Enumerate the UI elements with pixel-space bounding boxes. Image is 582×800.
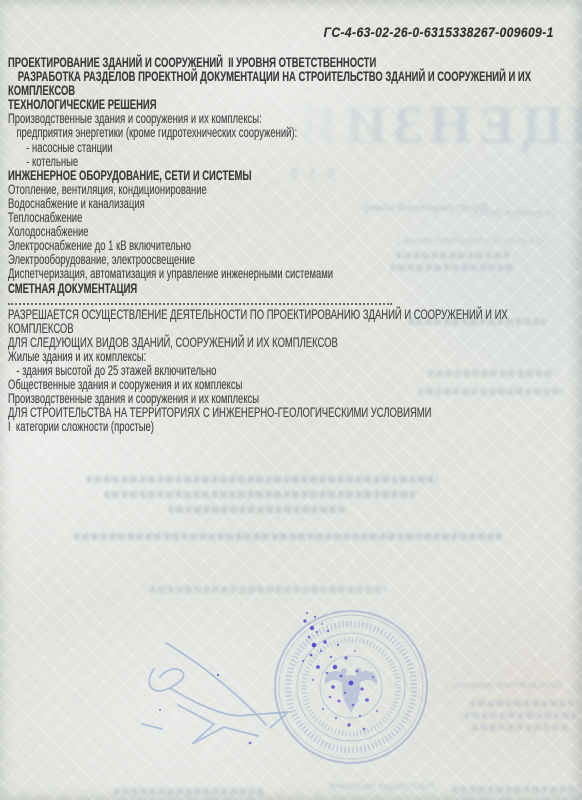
bleedthrough-smudge: [114, 788, 264, 795]
document-line: - котельные: [8, 155, 400, 169]
document-line: Жилые здания и их комплексы:: [8, 350, 400, 364]
signature: [130, 615, 320, 765]
document-line: предприятия энергетики (кроме гидротехни…: [8, 126, 400, 140]
license-number: ГС-4-63-02-26-0-6315338267-009609-1: [324, 25, 554, 40]
document-line: Производственные здания и сооружения и и…: [8, 392, 400, 406]
document-line: - насосные станции: [8, 141, 400, 155]
document-lines: ПРОЕКТИРОВАНИЕ ЗДАНИЙ И СООРУЖЕНИЙ II УР…: [8, 56, 568, 434]
bleedthrough-smudge: [86, 476, 438, 483]
document-line: Теплоснабжение: [8, 211, 400, 225]
bleedthrough-smudge: [150, 586, 386, 593]
document-line: КОМПЛЕКСОВ: [8, 322, 400, 336]
bleedthrough-smudge: [464, 712, 576, 719]
document-line: ДЛЯ СТРОИТЕЛЬСТВА НА ТЕРРИТОРИЯХ С ИНЖЕН…: [8, 406, 400, 420]
document-line: РАЗРАБОТКА РАЗДЕЛОВ ПРОЕКТНОЙ ДОКУМЕНТАЦ…: [8, 70, 400, 84]
document-line: Холодоснабжение: [8, 225, 400, 239]
document-line: ПРОЕКТИРОВАНИЕ ЗДАНИЙ И СООРУЖЕНИЙ II УР…: [8, 56, 400, 70]
document-line: ДЛЯ СЛЕДУЮЩИХ ВИДОВ ЗДАНИЙ, СООРУЖЕНИЙ И…: [8, 336, 400, 350]
document-line: - здания высотой до 25 этажей включитель…: [8, 364, 400, 378]
bleedthrough-smudge: [74, 533, 502, 540]
document-line: Диспетчеризация, автоматизация и управле…: [8, 267, 400, 281]
document-line: Отопление, вентиляция, кондиционирование: [8, 183, 400, 197]
document-line: КОМПЛЕКСОВ: [8, 84, 400, 98]
document-line: I категории сложности (простые): [8, 420, 400, 434]
bleedthrough-validity-label: Срок действия лицензии: [452, 680, 561, 691]
document-line: ИНЖЕНЕРНОЕ ОБОРУДОВАНИЕ, СЕТИ И СИСТЕМЫ: [8, 169, 400, 183]
scanned-license-page: ЛИЦЕНЗИЯ 818 Регистрационный номер 06 де…: [0, 0, 582, 800]
separator-line: [8, 296, 392, 305]
bleedthrough-smudge: [470, 700, 574, 707]
document-line: Общественные здания и сооружения и их ко…: [8, 378, 400, 392]
document-line: РАЗРЕШАЕТСЯ ОСУЩЕСТВЛЕНИЕ ДЕЯТЕЛЬНОСТИ П…: [8, 308, 400, 322]
bleedthrough-smudge: [104, 491, 416, 498]
bleedthrough-smudge: [472, 724, 570, 731]
document-line: Водоснабжение и канализация: [8, 197, 400, 211]
stamp-emblem: [325, 668, 377, 713]
document-line: СМЕТНАЯ ДОКУМЕНТАЦИЯ: [8, 282, 400, 296]
bleedthrough-bottom-text: Настоящая лицензия: [330, 780, 434, 792]
bleedthrough-smudge: [452, 786, 574, 793]
document-line: Электрооборудование, электроосвещение: [8, 253, 400, 267]
document-line: Электроснабжение до 1 кВ включительно: [8, 239, 400, 253]
bleedthrough-smudge: [168, 506, 346, 513]
document-line: Производственные здания и сооружения и и…: [8, 112, 400, 126]
document-line: ТЕХНОЛОГИЧЕСКИЕ РЕШЕНИЯ: [8, 98, 400, 112]
